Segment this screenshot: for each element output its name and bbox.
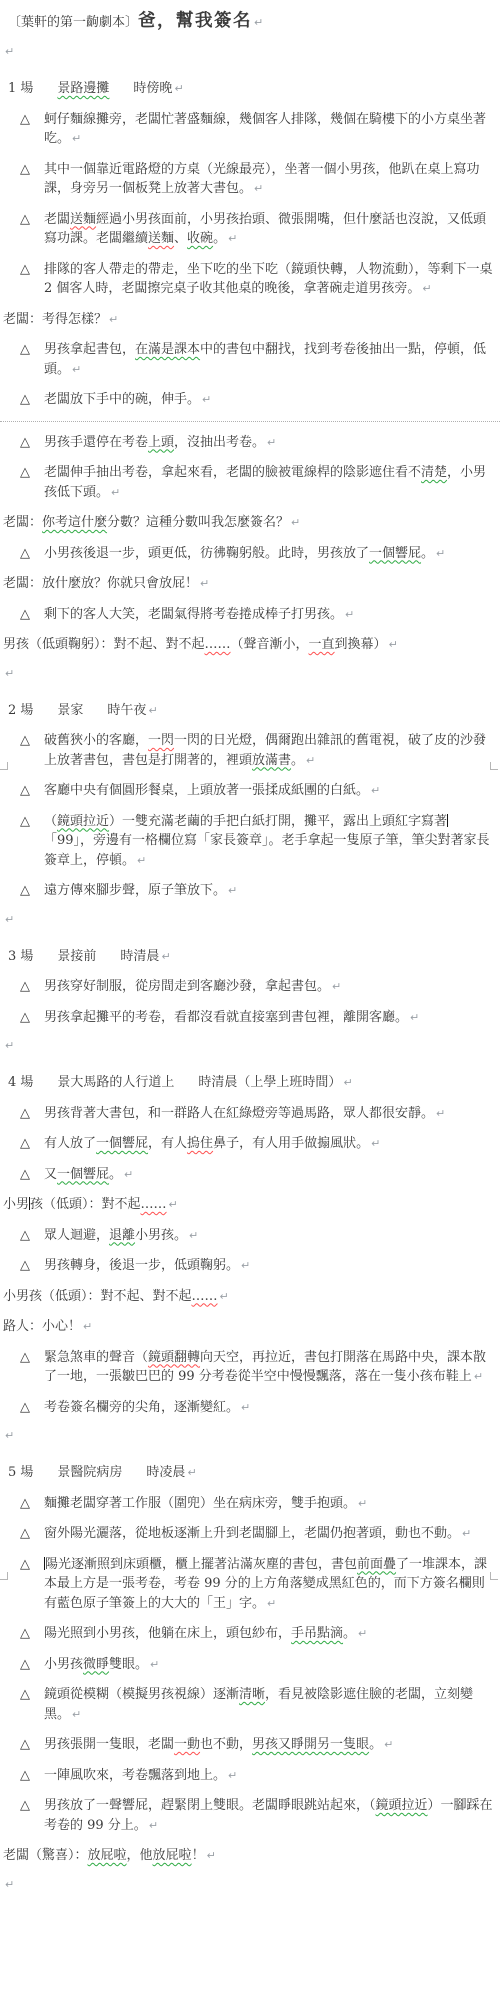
paragraph-mark-icon: ↵ bbox=[207, 1849, 216, 1862]
paragraph-mark-icon: ↵ bbox=[474, 1370, 483, 1383]
action-marker-icon: △ bbox=[20, 1685, 30, 1705]
paragraph-mark-icon: ↵ bbox=[72, 1708, 81, 1721]
text-segment: 陽光逐漸照到床頭櫃，櫃上擺著沾滿灰塵的書包，書包 bbox=[45, 1557, 357, 1572]
text-segment: 老闆（驚喜）： bbox=[3, 1848, 88, 1863]
text-segment: 。 bbox=[109, 1167, 122, 1182]
text-segment: ，他 bbox=[127, 1848, 153, 1863]
text-segment: 男孩拿起攤平的考卷，看都沒看就直接塞到書包裡，離開客廳。 bbox=[44, 1010, 408, 1025]
text-segment: 收碗 bbox=[187, 231, 213, 246]
text-segment: 一動 bbox=[174, 1737, 200, 1752]
action-marker-icon: △ bbox=[20, 731, 30, 751]
text-segment: 手吊點滴 bbox=[291, 1626, 343, 1641]
paragraph-mark-icon: ↵ bbox=[241, 1401, 250, 1414]
paragraph-mark-icon: ↵ bbox=[109, 313, 118, 326]
scene-heading[interactable]: 5 場景醫院病房時凌晨↵ bbox=[8, 1463, 500, 1483]
paragraph-mark-icon: ↵ bbox=[5, 1429, 14, 1442]
action-marker-icon: △ bbox=[20, 463, 30, 483]
action-marker-icon: △ bbox=[20, 1555, 30, 1575]
title-prefix: 〔葉軒的第一齣劇本〕 bbox=[8, 15, 138, 30]
text-segment: 小男 bbox=[3, 1197, 29, 1212]
action-marker-icon: △ bbox=[20, 160, 30, 180]
page-corner-mark bbox=[490, 762, 498, 770]
paragraph-mark-icon: ↵ bbox=[291, 516, 300, 529]
action-marker-icon: △ bbox=[20, 1256, 30, 1276]
text-segment: 前面疊 bbox=[357, 1557, 396, 1572]
text-segment: 小男孩 bbox=[44, 1657, 83, 1672]
action-line[interactable]: △男孩拿起攤平的考卷，看都沒看就直接塞到書包裡，離開客廳。↵ bbox=[0, 1008, 500, 1028]
paragraph-mark-icon: ↵ bbox=[228, 884, 237, 897]
text-segment: 。 bbox=[343, 1626, 356, 1641]
scene-number: 3 場 bbox=[8, 949, 33, 964]
paragraph-mark-icon: ↵ bbox=[228, 232, 237, 245]
action-line[interactable]: △小男孩微睜雙眼。↵ bbox=[0, 1655, 500, 1675]
text-segment: 放屁啦 bbox=[153, 1848, 192, 1863]
action-line[interactable]: △男孩手還停在考卷上頭，沒抽出考卷。↵ bbox=[0, 433, 500, 453]
dialog-line[interactable]: 小男孩（低頭）：對不起……↵ bbox=[3, 1195, 500, 1215]
text-segment: 鏡頭拉近 bbox=[57, 814, 109, 829]
text-segment: …… bbox=[192, 1289, 218, 1304]
text-segment: 雙眼。 bbox=[109, 1657, 148, 1672]
paragraph-mark-icon: ↵ bbox=[169, 1198, 178, 1211]
action-marker-icon: △ bbox=[20, 544, 30, 564]
action-line[interactable]: △一陣風吹來，考卷飄落到地上。↵ bbox=[0, 1766, 500, 1786]
text-segment: 老闆放下手中的碗，伸手。 bbox=[44, 392, 200, 407]
text-segment: 。 bbox=[291, 753, 304, 768]
text-segment: 小男孩。 bbox=[135, 1228, 187, 1243]
text-segment: 男孩穿好制服，從房間走到客廳沙發，拿起書包。 bbox=[44, 979, 330, 994]
text-segment: 鏡頭翻轉 bbox=[148, 1350, 200, 1365]
action-line[interactable]: △陽光照到小男孩，他躺在床上，頭包紗布，手吊點滴。↵ bbox=[0, 1624, 500, 1644]
scene-number: 1 場 bbox=[8, 81, 33, 96]
scene-location: 景大馬路的人行道上 bbox=[57, 1075, 174, 1090]
title-main: 爸，幫我簽名 bbox=[138, 11, 252, 31]
text-segment: 老闆 bbox=[44, 212, 70, 227]
dialog-line[interactable]: 男孩（低頭鞠躬）：對不起、對不起……（聲音漸小，一直到換幕）↵ bbox=[3, 635, 500, 655]
paragraph-mark-icon: ↵ bbox=[72, 132, 81, 145]
scene-number: 5 場 bbox=[8, 1465, 33, 1480]
action-line[interactable]: △眾人迴避，退離小男孩。↵ bbox=[0, 1226, 500, 1246]
action-marker-icon: △ bbox=[20, 881, 30, 901]
text-segment: 男孩拿起書包， bbox=[44, 342, 135, 357]
scene-time: 時傍晚 bbox=[133, 81, 172, 96]
paragraph-mark-icon: ↵ bbox=[5, 1039, 14, 1052]
text-segment: 放滿書 bbox=[252, 753, 291, 768]
text-segment: 男孩張開一隻眼，老闆 bbox=[44, 1737, 174, 1752]
text-segment: 。 bbox=[213, 231, 226, 246]
action-marker-icon: △ bbox=[20, 433, 30, 453]
paragraph-mark-icon: ↵ bbox=[371, 1137, 380, 1150]
page-corner-mark bbox=[0, 762, 8, 770]
text-segment: ）一雙充滿老繭的手把白紙打開，攤平，露出上頭紅字寫著 bbox=[109, 814, 447, 829]
text-segment: 鼻子，有人用手做搧風狀。 bbox=[213, 1136, 369, 1151]
action-line[interactable]: △考卷簽名欄旁的尖角，逐漸變紅。↵ bbox=[0, 1398, 500, 1418]
action-line[interactable]: △又一個響屁。↵ bbox=[0, 1165, 500, 1185]
paragraph-mark-icon: ↵ bbox=[124, 1168, 133, 1181]
action-line[interactable]: △蚵仔麵線攤旁，老闆忙著盛麵線，幾個客人排隊，幾個在騎樓下的小方桌坐著吃。↵ bbox=[0, 110, 500, 149]
action-marker-icon: △ bbox=[20, 1104, 30, 1124]
text-segment: …… bbox=[205, 637, 231, 652]
text-segment: ！ bbox=[192, 1848, 205, 1863]
scene-location: 景接前 bbox=[57, 949, 96, 964]
text-segment: 一個響屁 bbox=[57, 1167, 109, 1182]
action-marker-icon: △ bbox=[20, 340, 30, 360]
paragraph-mark-icon: ↵ bbox=[332, 980, 341, 993]
paragraph-mark-icon: ↵ bbox=[436, 547, 445, 560]
action-marker-icon: △ bbox=[20, 1348, 30, 1368]
text-segment: 一個響屁 bbox=[96, 1136, 148, 1151]
paragraph-mark-icon: ↵ bbox=[371, 784, 380, 797]
paragraph-mark-icon: ↵ bbox=[200, 577, 209, 590]
paragraph-mark-icon: ↵ bbox=[72, 363, 81, 376]
action-line[interactable]: △排隊的客人帶走的帶走，坐下吃的坐下吃（鏡頭快轉，人物流動），等剩下一桌 2 個… bbox=[0, 260, 500, 299]
paragraph-mark-icon: ↵ bbox=[343, 1076, 352, 1089]
text-segment: 男孩又睜開另一隻眼 bbox=[252, 1737, 369, 1752]
paragraph-mark-icon: ↵ bbox=[187, 1466, 196, 1479]
text-segment: 陽光照到小男孩，他躺在床上，頭包紗布， bbox=[44, 1626, 291, 1641]
scene-location: 景家 bbox=[57, 703, 83, 718]
paragraph-mark-icon: ↵ bbox=[174, 82, 183, 95]
action-marker-icon: △ bbox=[20, 1398, 30, 1418]
text-segment: 客廳中央有個圓形餐桌，上頭放著一張揉成紙團的白紙。 bbox=[44, 783, 369, 798]
paragraph-mark-icon: ↵ bbox=[254, 16, 263, 29]
paragraph-mark-icon: ↵ bbox=[241, 1259, 250, 1272]
page-break-line bbox=[0, 421, 500, 422]
text-segment: 退離 bbox=[109, 1228, 135, 1243]
page-corner-mark bbox=[490, 1572, 498, 1580]
action-marker-icon: △ bbox=[20, 812, 30, 832]
text-segment: 小男孩（低頭）：對不起、對不起 bbox=[3, 1289, 192, 1304]
scene-number: 4 場 bbox=[8, 1075, 33, 1090]
empty-line: ↵ bbox=[3, 1038, 500, 1057]
text-segment: 男孩背著大書包，和一群路人在紅綠燈旁等過馬路，眾人都很安靜。 bbox=[44, 1106, 434, 1121]
page-title[interactable]: 〔葉軒的第一齣劇本〕爸，幫我簽名↵ bbox=[8, 10, 500, 34]
text-segment: 破舊狹小的客廳， bbox=[44, 733, 148, 748]
empty-line: ↵ bbox=[3, 1877, 500, 1896]
text-segment: 、 bbox=[174, 231, 187, 246]
dialog-line[interactable]: 小男孩（低頭）：對不起、對不起……↵ bbox=[3, 1287, 500, 1307]
text-segment: 一個響屁 bbox=[369, 546, 421, 561]
text-segment: 老闆： bbox=[3, 515, 42, 530]
paragraph-mark-icon: ↵ bbox=[422, 282, 431, 295]
action-marker-icon: △ bbox=[20, 605, 30, 625]
text-segment: 送麵 bbox=[148, 231, 174, 246]
action-line[interactable]: △男孩放了一聲響屁，趕緊閉上雙眼。老闆睜眼跳站起來，（鏡頭拉近）一腳踩在考卷的 … bbox=[0, 1796, 500, 1835]
paragraph-mark-icon: ↵ bbox=[111, 486, 120, 499]
scene-heading[interactable]: 1 場景路邊攤時傍晚↵ bbox=[8, 79, 500, 99]
text-segment: 遠方傳來腳步聲，原子筆放下。 bbox=[44, 883, 226, 898]
text-segment: 鏡頭從模糊（模擬男孩視線）逐漸 bbox=[44, 1687, 239, 1702]
text-segment: 上頭 bbox=[148, 435, 174, 450]
action-line[interactable]: △鏡頭從模糊（模擬男孩視線）逐漸清晰，看見被陰影遮住臉的老闆，立刻變黑。↵ bbox=[0, 1685, 500, 1724]
text-segment: 小男孩後退一步，頭更低，彷彿鞠躬般。此時，男孩放了 bbox=[44, 546, 369, 561]
paragraph-mark-icon: ↵ bbox=[149, 1819, 158, 1832]
text-segment: 路人：小心！ bbox=[3, 1319, 81, 1334]
text-segment: 剩下的客人大笑，老闆氣得將考卷捲成棒子打男孩。 bbox=[44, 607, 343, 622]
dialog-line[interactable]: 老闆：放什麼放？你就只會放屁！↵ bbox=[3, 574, 500, 594]
dialog-line[interactable]: 老闆：考得怎樣？↵ bbox=[3, 310, 500, 330]
action-line[interactable]: △陽光逐漸照到床頭櫃，櫃上擺著沾滿灰塵的書包，書包前面疊了一堆課本，課本最上方是… bbox=[0, 1555, 500, 1614]
action-line[interactable]: △破舊狹小的客廳，一閃一閃的日光燈，偶爾跑出雜訊的舊電視，破了皮的沙發上放著書包… bbox=[0, 731, 500, 770]
text-segment: 鏡頭拉近 bbox=[376, 1798, 428, 1813]
action-marker-icon: △ bbox=[20, 1494, 30, 1514]
paragraph-mark-icon: ↵ bbox=[358, 1627, 367, 1640]
text-segment: 摀住 bbox=[187, 1136, 213, 1151]
text-segment: 一直 bbox=[309, 637, 335, 652]
paragraph-mark-icon: ↵ bbox=[5, 913, 14, 926]
action-marker-icon: △ bbox=[20, 781, 30, 801]
action-line[interactable]: △小男孩後退一步，頭更低，彷彿鞠躬般。此時，男孩放了一個響屁。↵ bbox=[0, 544, 500, 564]
paragraph-mark-icon: ↵ bbox=[345, 608, 354, 621]
paragraph-mark-icon: ↵ bbox=[5, 45, 14, 58]
paragraph-mark-icon: ↵ bbox=[5, 1878, 14, 1891]
action-marker-icon: △ bbox=[20, 1766, 30, 1786]
action-line[interactable]: △有人放了一個響屁，有人摀住鼻子，有人用手做搧風狀。↵ bbox=[0, 1134, 500, 1154]
text-segment: 男孩手還停在考卷 bbox=[44, 435, 148, 450]
action-marker-icon: △ bbox=[20, 1655, 30, 1675]
text-segment: 送麵 bbox=[70, 212, 96, 227]
action-marker-icon: △ bbox=[20, 1165, 30, 1185]
paragraph-mark-icon: ↵ bbox=[436, 1107, 445, 1120]
text-segment: 蚵仔麵線攤旁，老闆忙著盛麵線，幾個客人排隊，幾個在騎樓下的小方桌坐著吃。 bbox=[44, 112, 486, 147]
action-line[interactable]: △男孩背著大書包，和一群路人在紅綠燈旁等過馬路，眾人都很安靜。↵ bbox=[0, 1104, 500, 1124]
paragraph-mark-icon: ↵ bbox=[83, 1320, 92, 1333]
text-segment: 經過小男孩面前，小男孩抬頭、微張開嘴，但什麼話也沒說，又低頭寫功課。老闆繼續 bbox=[44, 212, 486, 247]
paragraph-mark-icon: ↵ bbox=[389, 638, 398, 651]
action-marker-icon: △ bbox=[20, 1134, 30, 1154]
action-line[interactable]: △男孩穿好制服，從房間走到客廳沙發，拿起書包。↵ bbox=[0, 977, 500, 997]
paragraph-mark-icon: ↵ bbox=[384, 1738, 393, 1751]
scene-heading[interactable]: 4 場景大馬路的人行道上時清晨（上學上班時間）↵ bbox=[8, 1073, 500, 1093]
paragraph-mark-icon: ↵ bbox=[228, 1769, 237, 1782]
action-marker-icon: △ bbox=[20, 260, 30, 280]
action-line[interactable]: △老闆送麵經過小男孩面前，小男孩抬頭、微張開嘴，但什麼話也沒說，又低頭寫功課。老… bbox=[0, 210, 500, 249]
paragraph-mark-icon: ↵ bbox=[137, 854, 146, 867]
paragraph-mark-icon: ↵ bbox=[148, 704, 157, 717]
scene-time: 時午夜 bbox=[107, 703, 146, 718]
text-segment: 「99」，旁邊有一格欄位寫「家長簽章」。老手拿起一隻原子筆，筆尖對著家長簽章上，… bbox=[44, 833, 490, 868]
text-segment: ，有人 bbox=[148, 1136, 187, 1151]
action-marker-icon: △ bbox=[20, 1796, 30, 1816]
text-segment: 男孩（低頭鞠躬）：對不起、對不起 bbox=[3, 637, 205, 652]
text-segment: 考卷簽名欄旁的尖角，逐漸變紅。 bbox=[44, 1400, 239, 1415]
text-segment: 清晰 bbox=[239, 1687, 265, 1702]
text-segment: ，沒抽出考卷。 bbox=[174, 435, 265, 450]
action-marker-icon: △ bbox=[20, 1524, 30, 1544]
text-segment: 又 bbox=[44, 1167, 57, 1182]
action-line[interactable]: △老闆伸手抽出考卷，拿起來看，老闆的臉被電線桿的陰影遮住看不清楚，小男孩低下頭。… bbox=[0, 463, 500, 502]
paragraph-mark-icon: ↵ bbox=[306, 754, 315, 767]
action-marker-icon: △ bbox=[20, 210, 30, 230]
text-segment: 一閃 bbox=[148, 733, 174, 748]
paragraph-mark-icon: ↵ bbox=[189, 1229, 198, 1242]
action-marker-icon: △ bbox=[20, 390, 30, 410]
action-line[interactable]: △其中一個靠近電路燈的方桌（光線最亮），坐著一個小男孩，他趴在桌上寫功課，身旁另… bbox=[0, 160, 500, 199]
text-caret bbox=[447, 814, 448, 827]
dialog-line[interactable]: 老闆：你考這什麼分數？這種分數叫我怎麼簽名？↵ bbox=[3, 513, 500, 533]
scene-time: 時清晨（上學上班時間） bbox=[198, 1075, 341, 1090]
text-segment: 放屁啦 bbox=[88, 1848, 127, 1863]
text-segment: 老闆：考得怎樣？ bbox=[3, 312, 107, 327]
empty-line: ↵ bbox=[3, 44, 500, 63]
text-segment: 微睜 bbox=[83, 1657, 109, 1672]
action-marker-icon: △ bbox=[20, 977, 30, 997]
text-segment: 眾人迴避， bbox=[44, 1228, 109, 1243]
document-page[interactable]: 〔葉軒的第一齣劇本〕爸，幫我簽名↵ ↵1 場景路邊攤時傍晚↵△蚵仔麵線攤旁，老闆… bbox=[0, 0, 500, 2000]
text-segment: 麵攤老闆穿著工作服（圍兜）坐在病床旁，雙手抱頭。 bbox=[44, 1496, 356, 1511]
paragraph-mark-icon: ↵ bbox=[410, 1011, 419, 1024]
scene-heading[interactable]: 3 場景接前時清晨↵ bbox=[8, 947, 500, 967]
page-corner-mark bbox=[0, 1572, 8, 1580]
text-segment: 清楚 bbox=[421, 465, 447, 480]
action-line[interactable]: △男孩張開一隻眼，老闆一動也不動，男孩又睜開另一隻眼。↵ bbox=[0, 1735, 500, 1755]
paragraph-mark-icon: ↵ bbox=[220, 1290, 229, 1303]
paragraph-mark-icon: ↵ bbox=[358, 1497, 367, 1510]
action-line[interactable]: △客廳中央有個圓形餐桌，上頭放著一張揉成紙團的白紙。↵ bbox=[0, 781, 500, 801]
dialog-line[interactable]: 路人：小心！↵ bbox=[3, 1317, 500, 1337]
text-segment: 你考這什麼 bbox=[42, 515, 107, 530]
empty-line: ↵ bbox=[3, 666, 500, 685]
action-marker-icon: △ bbox=[20, 110, 30, 130]
action-line[interactable]: △麵攤老闆穿著工作服（圍兜）坐在病床旁，雙手抱頭。↵ bbox=[0, 1494, 500, 1514]
scene-number: 2 場 bbox=[8, 703, 33, 718]
text-segment: （聲音漸小， bbox=[231, 637, 309, 652]
scene-time: 時凌晨 bbox=[146, 1465, 185, 1480]
action-line[interactable]: △（鏡頭拉近）一雙充滿老繭的手把白紙打開，攤平，露出上頭紅字寫著「99」，旁邊有… bbox=[0, 812, 500, 871]
action-line[interactable]: △遠方傳來腳步聲，原子筆放下。↵ bbox=[0, 881, 500, 901]
text-segment: 一陣風吹來，考卷飄落到地上。 bbox=[44, 1768, 226, 1783]
text-segment: 男孩轉身，後退一步，低頭鞠躬。 bbox=[44, 1258, 239, 1273]
paragraph-mark-icon: ↵ bbox=[161, 950, 170, 963]
text-segment: 分數？這種分數叫我怎麼簽名？ bbox=[107, 515, 289, 530]
paragraph-mark-icon: ↵ bbox=[254, 182, 263, 195]
action-line[interactable]: △剩下的客人大笑，老闆氣得將考卷捲成棒子打男孩。↵ bbox=[0, 605, 500, 625]
action-marker-icon: △ bbox=[20, 1735, 30, 1755]
action-marker-icon: △ bbox=[20, 1624, 30, 1644]
scene-location: 景醫院病房 bbox=[57, 1465, 122, 1480]
action-marker-icon: △ bbox=[20, 1008, 30, 1028]
text-segment: 孩（低頭）：對不起 bbox=[30, 1197, 141, 1212]
text-segment: …… bbox=[141, 1197, 167, 1212]
text-segment: （ bbox=[44, 814, 57, 829]
scene-location: 景路邊攤 bbox=[57, 81, 109, 96]
paragraph-mark-icon: ↵ bbox=[267, 1597, 276, 1610]
action-line[interactable]: △窗外陽光灑落，從地板逐漸上升到老闆腳上，老闆仍抱著頭，動也不動。↵ bbox=[0, 1524, 500, 1544]
text-segment: 在滿是課本 bbox=[135, 342, 200, 357]
paragraph-mark-icon: ↵ bbox=[5, 667, 14, 680]
text-segment: 男孩放了一聲響屁，趕緊閉上雙眼。老闆睜眼跳站起來，（ bbox=[44, 1798, 376, 1813]
empty-line: ↵ bbox=[3, 1428, 500, 1447]
paragraph-mark-icon: ↵ bbox=[462, 1527, 471, 1540]
empty-line: ↵ bbox=[3, 912, 500, 931]
action-line[interactable]: △男孩轉身，後退一步，低頭鞠躬。↵ bbox=[0, 1256, 500, 1276]
text-segment: 緊急煞車的聲音（ bbox=[44, 1350, 148, 1365]
text-segment: 到換幕） bbox=[335, 637, 387, 652]
action-line[interactable]: △男孩拿起書包，在滿是課本中的書包中翻找，找到考卷後抽出一點，停頓，低頭。↵ bbox=[0, 340, 500, 379]
document-body: ↵1 場景路邊攤時傍晚↵△蚵仔麵線攤旁，老闆忙著盛麵線，幾個客人排隊，幾個在騎樓… bbox=[0, 44, 500, 1896]
text-segment: 。 bbox=[421, 546, 434, 561]
scene-time: 時清晨 bbox=[120, 949, 159, 964]
text-segment: 窗外陽光灑落，從地板逐漸上升到老闆腳上，老闆仍抱著頭，動也不動。 bbox=[44, 1526, 460, 1541]
text-segment: 老闆：放什麼放？你就只會放屁！ bbox=[3, 576, 198, 591]
paragraph-mark-icon: ↵ bbox=[202, 393, 211, 406]
text-segment: 老闆伸手抽出考卷，拿起來看，老闆的臉被電線桿的陰影遮住看不 bbox=[44, 465, 421, 480]
action-line[interactable]: △老闆放下手中的碗，伸手。↵ bbox=[0, 390, 500, 410]
paragraph-mark-icon: ↵ bbox=[150, 1658, 159, 1671]
text-segment: 。 bbox=[369, 1737, 382, 1752]
text-segment: 也不動， bbox=[200, 1737, 252, 1752]
scene-heading[interactable]: 2 場景家時午夜↵ bbox=[8, 701, 500, 721]
action-line[interactable]: △緊急煞車的聲音（鏡頭翻轉向天空，再拉近，書包打開落在馬路中央，課本散了一地，一… bbox=[0, 1348, 500, 1387]
text-segment: 有人放了 bbox=[44, 1136, 96, 1151]
paragraph-mark-icon: ↵ bbox=[267, 436, 276, 449]
action-marker-icon: △ bbox=[20, 1226, 30, 1246]
dialog-line[interactable]: 老闆（驚喜）：放屁啦，他放屁啦！↵ bbox=[3, 1846, 500, 1866]
